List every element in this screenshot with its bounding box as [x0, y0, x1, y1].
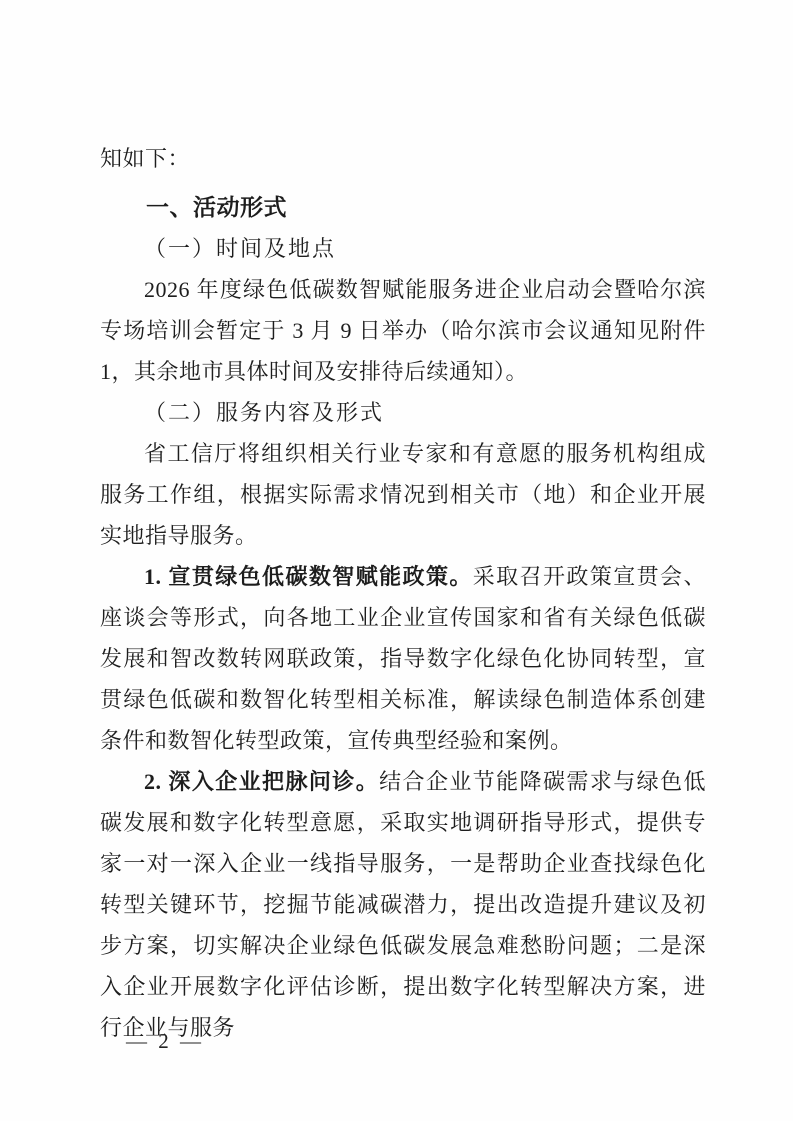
- document-page: 知如下： 一、活动形式 （一）时间及地点 2026 年度绿色低碳数智赋能服务进企…: [0, 0, 793, 1121]
- section-heading-activity-format: 一、活动形式: [100, 187, 706, 228]
- paragraph-time-place: 2026 年度绿色低碳数智赋能服务进企业启动会暨哈尔滨专场培训会暂定于 3 月 …: [100, 269, 706, 392]
- subsection-heading-time-place: （一）时间及地点: [100, 228, 706, 269]
- item-2-body: 结合企业节能降碳需求与绿色低碳发展和数字化转型意愿，采取实地调研指导形式，提供专…: [100, 769, 706, 1040]
- document-body: 知如下： 一、活动形式 （一）时间及地点 2026 年度绿色低碳数智赋能服务进企…: [100, 138, 706, 1048]
- item-2-lead: 2. 深入企业把脉问诊。: [144, 769, 379, 794]
- continuation-line: 知如下：: [100, 138, 706, 179]
- paragraph-item-1: 1. 宣贯绿色低碳数智赋能政策。采取召开政策宣贯会、座谈会等形式，向各地工业企业…: [100, 556, 706, 761]
- paragraph-service-intro: 省工信厅将组织相关行业专家和有意愿的服务机构组成服务工作组，根据实际需求情况到相…: [100, 433, 706, 556]
- item-1-body: 采取召开政策宣贯会、座谈会等形式，向各地工业企业宣传国家和省有关绿色低碳发展和智…: [100, 564, 706, 753]
- subsection-heading-service-content: （二）服务内容及形式: [100, 392, 706, 433]
- paragraph-item-2: 2. 深入企业把脉问诊。结合企业节能降碳需求与绿色低碳发展和数字化转型意愿，采取…: [100, 761, 706, 1048]
- page-number: — 2 —: [126, 1026, 204, 1056]
- item-1-lead: 1. 宣贯绿色低碳数智赋能政策。: [144, 564, 473, 589]
